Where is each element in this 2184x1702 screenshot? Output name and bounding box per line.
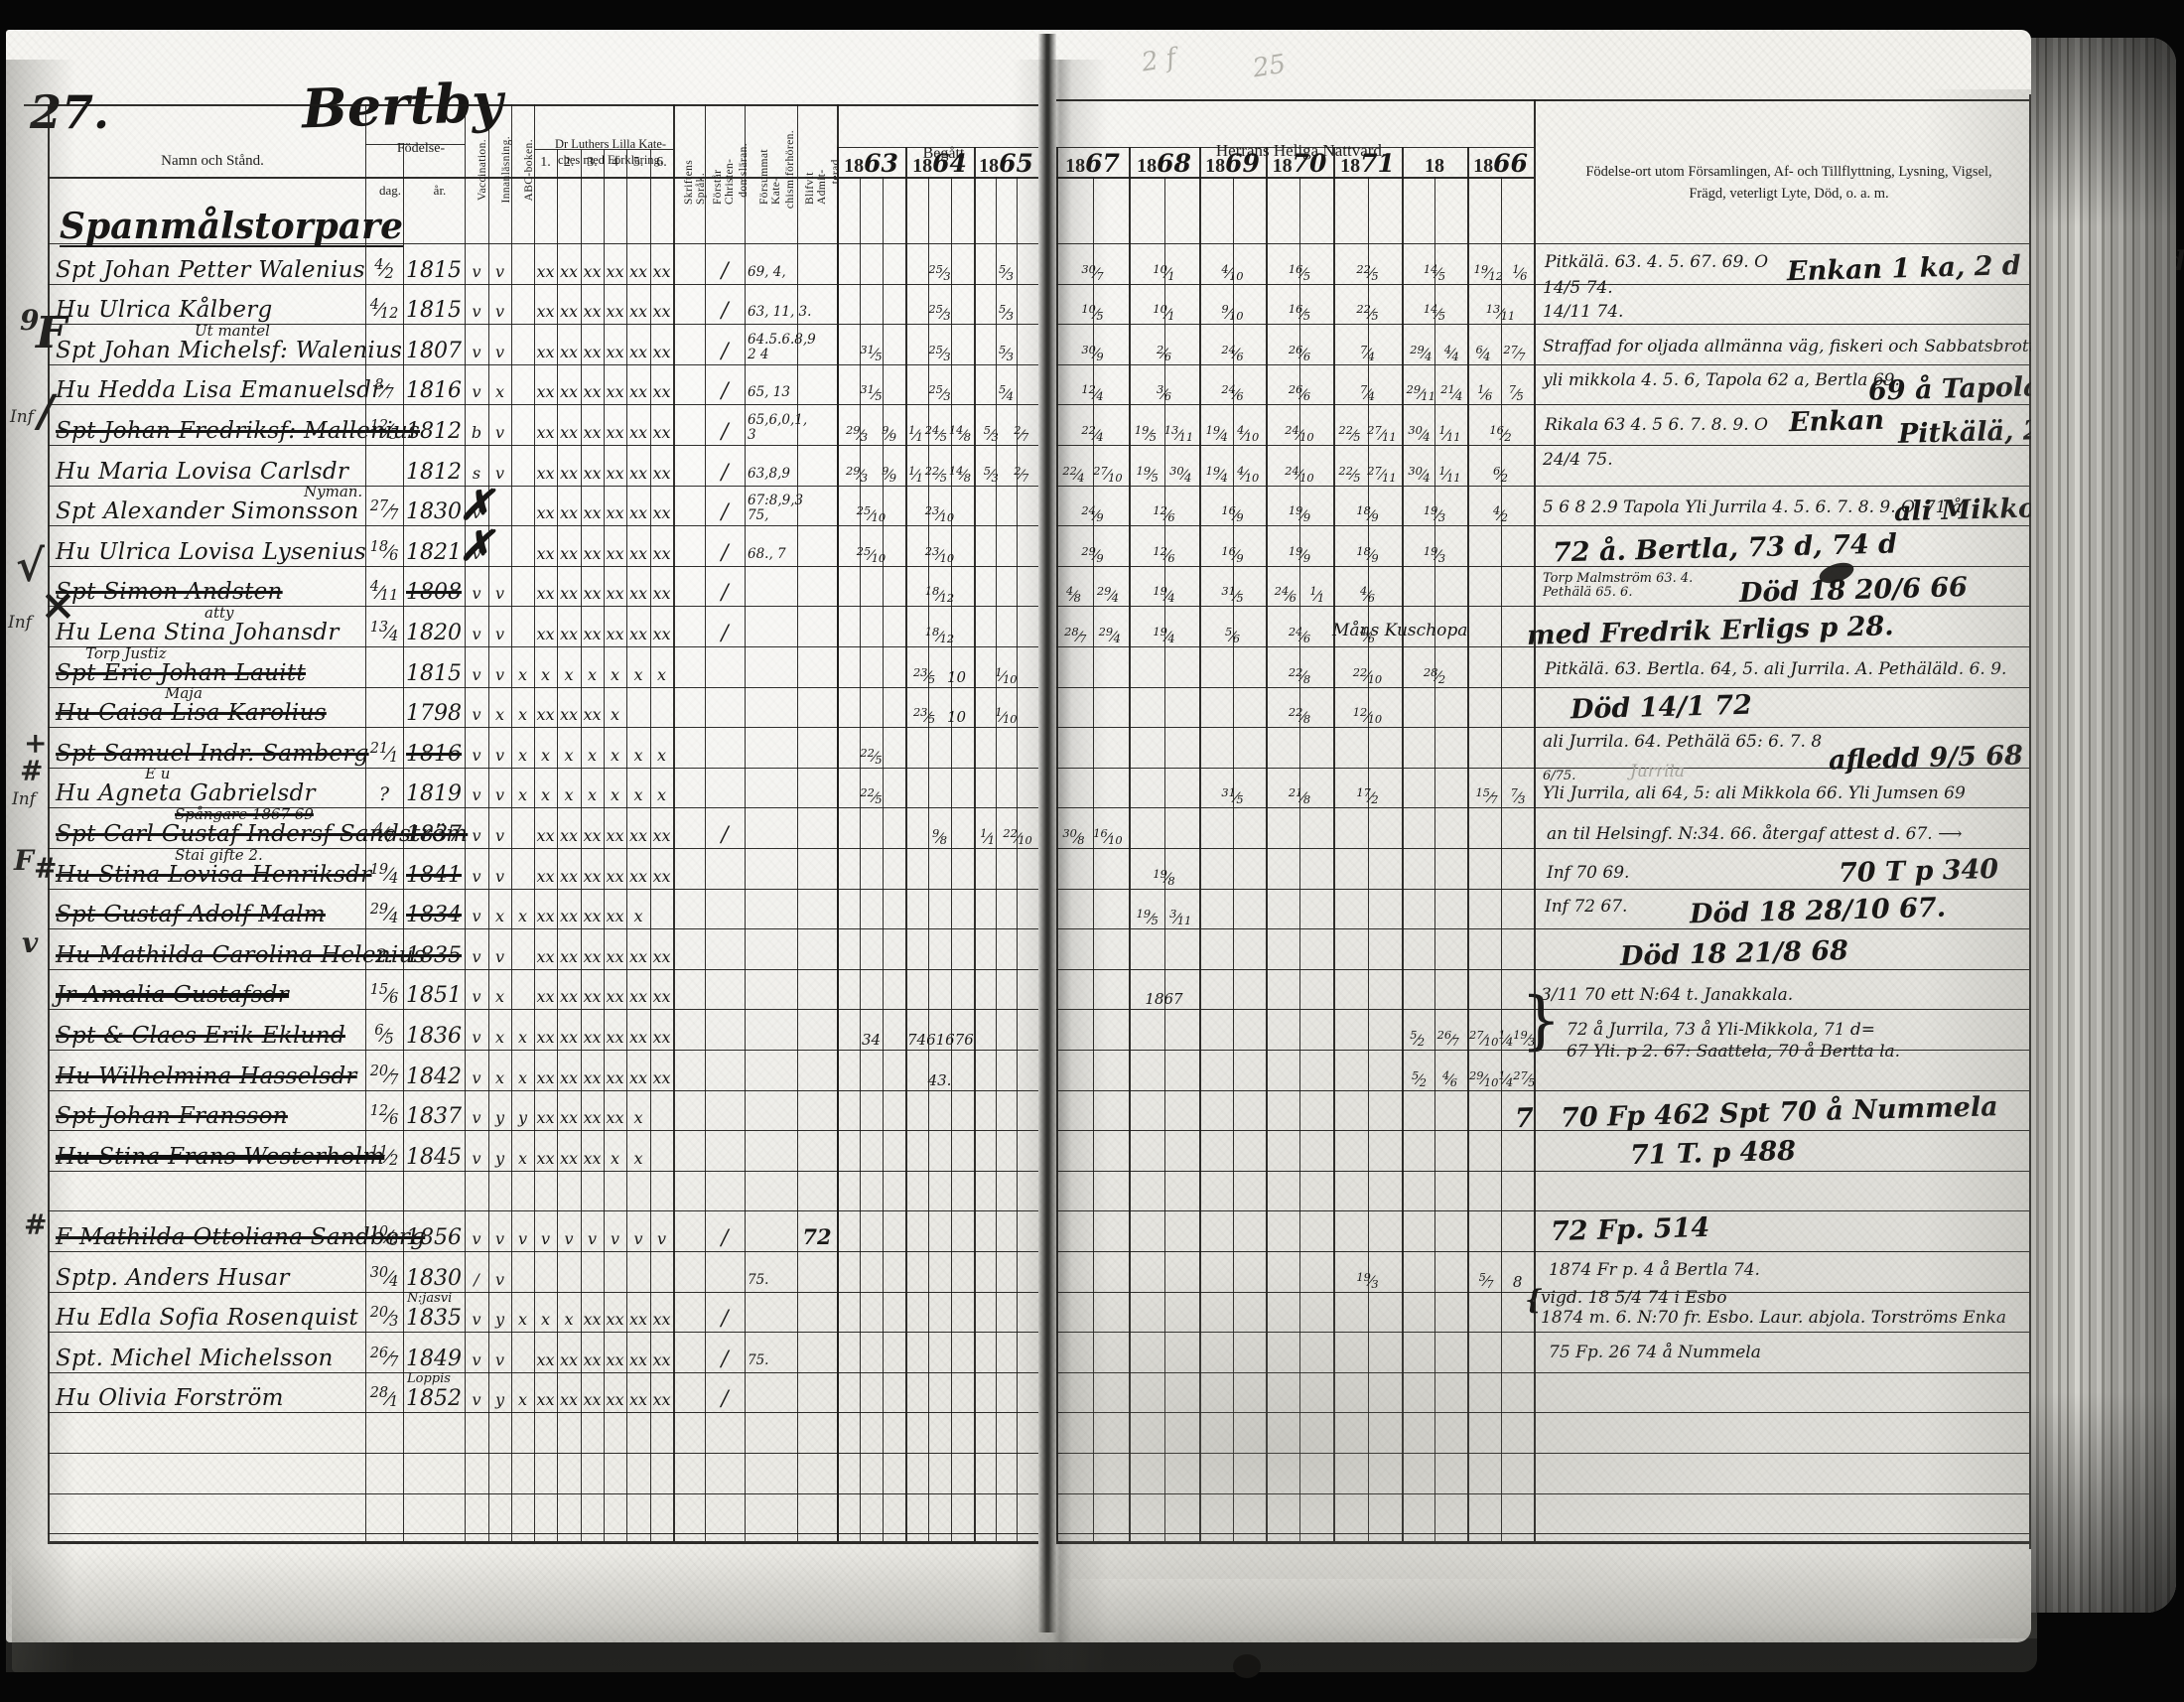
person-name: Hu Stina Lovisa Henriksdr	[56, 862, 371, 888]
communion-date: 22⁄4	[1081, 423, 1103, 444]
check-mark: b	[465, 423, 488, 442]
missed-exam-years: 67:8,9,3	[748, 493, 803, 508]
communion-cell-1870: 22⁄5	[1335, 302, 1400, 323]
communion-date: 19⁄12	[1474, 262, 1503, 283]
communion-date: 4⁄2	[1493, 503, 1508, 524]
communion-cell-1866: 22⁄4	[1058, 423, 1127, 444]
check-mark: xx	[604, 907, 626, 925]
marginal-note: 6/75.	[1543, 769, 1575, 783]
person-name: Spt Samuel Indr. Samberg	[56, 741, 369, 767]
check-mark: xx	[626, 1390, 650, 1409]
communion-cell-1869: 19⁄9	[1268, 503, 1331, 524]
birth-year: 1830	[403, 1266, 465, 1291]
check-mark: xx	[557, 625, 581, 643]
register-row: Hu Caisa Lisa KaroliusMaja1798vxxxxxxxxx…	[6, 687, 2035, 728]
check-mark: y	[511, 1108, 534, 1127]
year-printed: 18	[979, 155, 999, 177]
communion-date: 18⁄9	[1356, 544, 1378, 565]
communion-cell-1867: 19⁄4	[1131, 584, 1197, 605]
understands-mark: /	[705, 460, 745, 484]
communion-date: 22⁄10	[1003, 826, 1031, 847]
year-script: 66	[1493, 149, 1528, 178]
year-script: 69	[1225, 149, 1260, 178]
communion-cell-1870: 22⁄527⁄11	[1335, 423, 1400, 444]
bottom-edge-shadow	[12, 1547, 2037, 1672]
communion-cell-1863: 22⁄5	[839, 785, 903, 806]
communion-date: 12⁄10	[1353, 705, 1382, 726]
year-printed: 18	[1065, 155, 1085, 177]
check-mark: x	[488, 1028, 511, 1047]
person-name: Spt Johan Petter Walenius	[56, 257, 365, 283]
communion-cell-1869: 22⁄8	[1268, 705, 1331, 726]
communion-cell-1869: 24⁄10	[1268, 423, 1331, 444]
communion-date: 19⁄3	[1424, 503, 1445, 524]
check-mark: xx	[557, 1108, 581, 1127]
check-mark: xx	[650, 382, 673, 401]
check-mark: x	[604, 1149, 626, 1168]
understands-mark: /	[705, 258, 745, 282]
check-mark: xx	[604, 947, 626, 966]
communion-cell-1867: 19⁄513⁄11	[1131, 423, 1197, 444]
communion-cell-1864: 25⁄3	[907, 343, 972, 363]
check-mark: xx	[557, 826, 581, 845]
check-mark: v	[465, 1310, 488, 1329]
check-mark: x	[511, 705, 534, 724]
check-mark: xx	[557, 302, 581, 321]
communion-cell-1866: 22⁄427⁄10	[1058, 464, 1127, 485]
communion-cell-1864: 7461676	[907, 1031, 972, 1049]
communion-date: 1⁄4	[1498, 1068, 1513, 1089]
check-mark: xx	[534, 1350, 557, 1369]
grid-hline	[1056, 1533, 2029, 1534]
communion-date: 26⁄7	[1437, 1028, 1459, 1049]
check-mark: x	[511, 746, 534, 765]
communion-cell-1870: 7⁄4	[1335, 343, 1400, 363]
communion-date: 10⁄1	[1153, 302, 1174, 323]
check-mark: xx	[581, 987, 604, 1006]
check-mark: y	[488, 1149, 511, 1168]
check-mark: xx	[581, 343, 604, 361]
communion-date: 1⁄11	[1438, 423, 1460, 444]
marginal-note: Yli Jurrila, ali 64, 5: ali Mikkola 66. …	[1543, 783, 1966, 803]
year-printed: 18	[912, 155, 932, 177]
check-mark: v	[488, 423, 511, 442]
communion-cell-18: 5⁄78	[1469, 1270, 1532, 1291]
check-mark: v	[465, 262, 488, 281]
communion-date: 27⁄10	[1469, 1028, 1498, 1049]
check-mark: v	[488, 1350, 511, 1369]
check-mark: xx	[534, 464, 557, 483]
birth-day: 11⁄2	[365, 1144, 403, 1169]
communion-date: 16⁄5	[1289, 302, 1310, 323]
communion-cell-1864: 23⁄510	[907, 705, 972, 726]
communion-date: 1⁄6	[1512, 262, 1527, 283]
check-mark: v	[465, 1068, 488, 1087]
understands-mark: /	[705, 378, 745, 402]
marginal-note: Pitkälä. 63. 4. 5. 67. 69. O	[1545, 252, 1768, 272]
marginal-note: yli mikkola 4. 5. 6, Tapola 62 a, Bertla…	[1543, 370, 1900, 390]
margin-mark: #	[20, 755, 43, 787]
check-mark: xx	[604, 382, 626, 401]
communion-cell-1866: 30⁄816⁄10	[1058, 826, 1127, 847]
check-mark: xx	[557, 867, 581, 886]
birth-year: 1834	[403, 903, 465, 927]
check-mark: x	[650, 665, 673, 684]
communion-date: 5⁄4	[999, 382, 1014, 403]
communion-date: 7⁄5	[1509, 382, 1524, 403]
ink-blot	[1233, 1654, 1261, 1678]
check-mark: xx	[650, 262, 673, 281]
understands-mark: /	[705, 1347, 745, 1370]
check-mark: xx	[534, 423, 557, 442]
year-script: 67	[1085, 149, 1120, 178]
person-name: Hu Hedda Lisa Emanuelsdr	[56, 377, 382, 403]
check-mark: xx	[604, 544, 626, 563]
communion-cell-1863: 29⁄39⁄9	[839, 464, 903, 485]
check-mark: xx	[626, 343, 650, 361]
communion-date: 19⁄4	[1153, 584, 1174, 605]
communion-cell-1864: 18⁄12	[907, 625, 972, 645]
check-mark: xx	[557, 503, 581, 522]
check-mark: v	[465, 625, 488, 643]
communion-date: 9⁄8	[932, 826, 947, 847]
check-mark: x	[488, 382, 511, 401]
check-mark: xx	[534, 947, 557, 966]
communion-cell-1863: 25⁄10	[839, 544, 903, 565]
check-mark: v	[604, 1229, 626, 1248]
communion-date: 29⁄4	[1410, 343, 1432, 363]
communion-date: 5⁄7	[1479, 1270, 1494, 1291]
communion-cell-1868: 31⁄5	[1201, 785, 1264, 806]
communion-cell-1865: 5⁄3	[976, 343, 1036, 363]
check-mark: v	[650, 1229, 673, 1248]
check-mark: xx	[604, 867, 626, 886]
check-mark: v	[465, 584, 488, 603]
marginal-note: ali Jurrila. 64. Pethälä 65: 6. 7. 8	[1543, 732, 1822, 752]
communion-date: 22⁄5	[1356, 302, 1378, 323]
communion-date: 30⁄4	[1408, 423, 1430, 444]
name-annotation: Stai gifte 2.	[175, 846, 263, 864]
check-mark: v	[488, 826, 511, 845]
marginal-note: Död 18 28/10 67.	[1690, 893, 1947, 930]
check-mark: v	[465, 867, 488, 886]
check-mark: v	[465, 1108, 488, 1127]
register-row: Inf×Hu Lena Stina Johansdratty13⁄41820vv…	[6, 606, 2035, 646]
birth-year: 1845	[403, 1145, 465, 1170]
communion-date: 5⁄3	[984, 464, 999, 485]
communion-date: 19⁄4	[1206, 423, 1228, 444]
book-scan: 27. Bertby Namn och Stånd. Födelse- dag.…	[0, 0, 2184, 1702]
communion-cell-1866: 28⁄729⁄4	[1058, 625, 1127, 645]
name-annotation: Torp Justiz	[85, 644, 167, 662]
communion-cell-1866: 30⁄9	[1058, 343, 1127, 363]
check-mark: v	[465, 1350, 488, 1369]
communion-cell-1866: 12⁄4	[1058, 382, 1127, 403]
communion-cell-1868: 16⁄9	[1201, 503, 1264, 524]
communion-date: 1⁄10	[995, 665, 1017, 686]
check-mark: xx	[534, 907, 557, 925]
check-mark: v	[465, 785, 488, 804]
check-mark: xx	[557, 1390, 581, 1409]
page-edges-stack	[2031, 38, 2176, 1613]
communion-cell-1871: 30⁄41⁄11	[1404, 464, 1465, 485]
check-mark: xx	[534, 1108, 557, 1127]
birth-day: 29⁄4	[365, 902, 403, 926]
birth-day: 27⁄7	[365, 498, 403, 523]
communion-date: 18⁄9	[1356, 503, 1378, 524]
check-mark: xx	[626, 987, 650, 1006]
birth-day: 10⁄6	[365, 1224, 403, 1249]
birth-day: 4⁄11	[365, 579, 403, 604]
check-mark: x	[488, 705, 511, 724]
communion-cell-1867: 12⁄6	[1131, 544, 1197, 565]
admitted-year: 72	[797, 1224, 837, 1249]
communion-date: 1⁄1	[1309, 584, 1324, 605]
marginal-note: vigd. 18 5/4 74 i Esbo	[1541, 1288, 1727, 1308]
check-mark: xx	[534, 1149, 557, 1168]
marginal-note: 3/11 70 ett N:64 t. Janakkala.	[1541, 985, 1793, 1005]
communion-date: 21⁄8	[1289, 785, 1310, 806]
communion-date: 24⁄10	[1285, 464, 1313, 485]
check-mark: s	[465, 464, 488, 483]
check-mark: xx	[604, 625, 626, 643]
missed-exam-years: 65, 13	[748, 384, 790, 400]
check-mark: xx	[534, 503, 557, 522]
communion-date: 22⁄8	[1289, 705, 1310, 726]
check-mark: x	[534, 665, 557, 684]
catechism-number: 5.	[626, 155, 650, 171]
check-mark: v	[465, 665, 488, 684]
check-mark: v	[465, 1390, 488, 1409]
register-row: Inf/Spt Johan Fredriksf: Mallenius12⁄518…	[6, 404, 2035, 445]
year-label: 1870	[1266, 149, 1333, 178]
communion-cell-1868: 31⁄5	[1201, 584, 1264, 605]
communion-date: 31⁄5	[860, 382, 882, 403]
communion-date: 17⁄2	[1356, 785, 1378, 806]
check-mark: xx	[604, 302, 626, 321]
check-mark: xx	[626, 1028, 650, 1047]
check-mark: xx	[604, 1350, 626, 1369]
communion-cell-1870: 4⁄6	[1335, 584, 1400, 605]
communion-cell-1867: 12⁄6	[1131, 503, 1197, 524]
check-mark: x	[557, 1310, 581, 1329]
year-printed: 18	[1273, 155, 1293, 177]
communion-cell-18: 1⁄67⁄5	[1469, 382, 1532, 403]
check-mark: xx	[626, 423, 650, 442]
marginal-note: 24/4 75.	[1543, 450, 1613, 470]
marginal-note: Död 14/1 72	[1570, 690, 1753, 726]
check-mark: xx	[557, 987, 581, 1006]
communion-date: 29⁄4	[1099, 625, 1121, 645]
check-mark: x	[604, 746, 626, 765]
communion-cell-1868: 9⁄10	[1201, 302, 1264, 323]
check-mark: xx	[650, 826, 673, 845]
register-row: Sptp. Anders Husar30⁄41830/v75.5⁄7819⁄31…	[6, 1251, 2035, 1292]
communion-cell-1865: 1⁄10	[976, 705, 1036, 726]
communion-cell-1864: 9⁄8	[907, 826, 972, 847]
check-mark: v	[534, 1229, 557, 1248]
catechism-number: 2.	[557, 155, 581, 171]
communion-date: 14⁄8	[949, 464, 971, 485]
check-mark: xx	[626, 382, 650, 401]
check-mark: xx	[534, 705, 557, 724]
communion-date: 19⁄9	[1289, 544, 1310, 565]
communion-date: 22⁄4	[1062, 464, 1084, 485]
birth-day: 20⁄3	[365, 1305, 403, 1330]
check-mark: xx	[557, 1350, 581, 1369]
marginal-note: 70 Fp 462 Spt 70 å Nummela	[1561, 1091, 1998, 1134]
communion-date: 4⁄10	[1237, 464, 1259, 485]
year-label: 1865	[974, 149, 1038, 178]
communion-date: 4⁄10	[1221, 262, 1243, 283]
communion-cell-1867: 2⁄6	[1131, 343, 1197, 363]
marginal-note: 72 å Jurrila, 73 å Yli-Mikkola, 71 d=	[1567, 1020, 1875, 1040]
communion-date: 24⁄10	[1285, 423, 1313, 444]
communion-date: 22⁄5	[860, 785, 882, 806]
check-mark: v	[488, 947, 511, 966]
check-mark: xx	[534, 867, 557, 886]
check-mark: xx	[581, 464, 604, 483]
communion-cell-18: 29⁄101⁄427⁄5	[1469, 1068, 1532, 1089]
margin-mark: Inf	[10, 407, 34, 427]
catechism-number: 1.	[534, 155, 557, 171]
check-mark: v	[488, 302, 511, 321]
check-mark: xx	[650, 343, 673, 361]
check-mark: x	[488, 1068, 511, 1087]
communion-cell-1867: 19⁄530⁄4	[1131, 464, 1197, 485]
communion-cell-1865: 5⁄32⁄7	[976, 423, 1036, 444]
communion-date: 21⁄4	[1440, 382, 1462, 403]
marginal-note: 1874 m. 6. N:70 fr. Esbo. Laur. abjola. …	[1541, 1308, 2006, 1328]
communion-date: 31⁄5	[1221, 785, 1243, 806]
check-mark: xx	[581, 1108, 604, 1127]
missed-exam-years: 63,8,9	[748, 466, 790, 482]
communion-cell-1871: 29⁄44⁄4	[1404, 343, 1465, 363]
communion-cell-1864: 18⁄12	[907, 584, 972, 605]
person-name: Spt Eric Johan Lauitt	[56, 660, 306, 686]
communion-date: 19⁄8	[1153, 867, 1174, 888]
birth-year: 1835	[403, 1306, 465, 1331]
check-mark: v	[465, 343, 488, 361]
communion-cell-1869: 21⁄8	[1268, 785, 1331, 806]
birth-year: 1812	[403, 460, 465, 485]
communion-cell-1867: 3⁄6	[1131, 382, 1197, 403]
margin-mark: F	[14, 844, 34, 877]
understands-mark: /	[705, 339, 745, 362]
birth-year: 1837	[403, 1104, 465, 1129]
communion-cell-1870: 22⁄527⁄11	[1335, 464, 1400, 485]
communion-cell-1870: 22⁄5	[1335, 262, 1400, 283]
year-printed: 18	[1473, 155, 1493, 177]
check-mark: v	[511, 1229, 534, 1248]
check-mark: x	[626, 907, 650, 925]
person-name: Spt Gustaf Adolf Malm	[56, 902, 326, 927]
check-mark: v	[488, 867, 511, 886]
person-name: Sptp. Anders Husar	[56, 1265, 290, 1291]
register-row: Spt Gustaf Adolf Malm29⁄41834vxxxxxxxxxx…	[6, 889, 2035, 929]
communion-cell-1868: 19⁄44⁄10	[1201, 423, 1264, 444]
communion-cell-1868: 4⁄10	[1201, 262, 1264, 283]
communion-date: 4⁄6	[1360, 584, 1375, 605]
check-mark: xx	[581, 705, 604, 724]
check-mark: v	[465, 382, 488, 401]
check-mark: v	[465, 1028, 488, 1047]
check-mark: xx	[534, 382, 557, 401]
register-row: Spt Eric Johan LauittTorp Justiz1815vvxx…	[6, 646, 2035, 687]
communion-date: 24⁄9	[1081, 503, 1103, 524]
check-mark: xx	[581, 1068, 604, 1087]
name-annotation: E u	[145, 765, 170, 782]
marginal-note: }	[1521, 984, 1562, 1058]
name-annotation: Ut mantel	[195, 322, 270, 340]
communion-date: 22⁄10	[1353, 665, 1382, 686]
communion-date: 27⁄11	[1367, 423, 1396, 444]
check-mark: v	[465, 705, 488, 724]
check-mark: xx	[650, 1068, 673, 1087]
communion-cell-1864: 25⁄3	[907, 262, 972, 283]
communion-cell-1863: 31⁄5	[839, 382, 903, 403]
marginal-note: 75 Fp. 26 74 å Nummela	[1549, 1343, 1761, 1362]
person-name: Jr Amalia Gustafsdr	[56, 982, 289, 1008]
communion-date: 27⁄7	[1503, 343, 1525, 363]
grid-hline	[24, 104, 1038, 106]
person-name: Hu Lena Stina Johansdr	[56, 620, 340, 645]
communion-date: 1⁄1	[908, 423, 923, 444]
check-mark: y	[488, 1310, 511, 1329]
communion-cell-1865: 5⁄3	[976, 262, 1036, 283]
register-row: F#Hu Stina Lovisa HenriksdrStai gifte 2.…	[6, 848, 2035, 889]
missed-exam-years: 68., 7	[748, 546, 786, 562]
register-row: #InfHu Agneta GabrielsdrE u?1819vvxxxxxx…	[6, 768, 2035, 808]
communion-cell-1868: 19⁄44⁄10	[1201, 464, 1264, 485]
check-mark: xx	[604, 584, 626, 603]
check-mark: x	[581, 746, 604, 765]
year-script: 71	[1360, 149, 1395, 178]
marginal-note: Enkan	[1789, 405, 1885, 439]
missed-exam-years: 65,6,0,1,	[748, 412, 807, 428]
communion-date: 1676	[936, 1031, 974, 1049]
check-mark: xx	[557, 1068, 581, 1087]
marginal-note: Pitkälä. 63. Bertla. 64, 5. ali Jurrila.…	[1545, 659, 2006, 679]
communion-date: 29⁄4	[1097, 584, 1119, 605]
communion-cell-1870: 12⁄10	[1335, 705, 1400, 726]
check-mark: x	[511, 1390, 534, 1409]
check-mark: xx	[626, 302, 650, 321]
name-annotation: Nyman.	[304, 483, 362, 500]
communion-date: 19⁄3	[1356, 1270, 1378, 1291]
check-mark: xx	[626, 584, 650, 603]
person-name: Hu Olivia Forström	[56, 1385, 284, 1411]
communion-date: 9⁄9	[882, 464, 896, 485]
register-row: Hu Edla Sofia RosenquistN:jasvi20⁄31835v…	[6, 1292, 2035, 1333]
year-label: 1868	[1129, 149, 1199, 178]
communion-cell-1871: 14⁄5	[1404, 302, 1465, 323]
birth-day: 4⁄7	[365, 821, 403, 846]
marginal-note: Torp Malmström 63. 4.	[1543, 571, 1693, 586]
communion-date: 16⁄9	[1221, 503, 1243, 524]
check-mark: x	[650, 746, 673, 765]
check-mark: x	[511, 1310, 534, 1329]
check-mark: x	[511, 665, 534, 684]
birth-day: 8⁄7	[365, 377, 403, 402]
communion-date: 16⁄2	[1489, 423, 1511, 444]
communion-date: 28⁄7	[1064, 625, 1086, 645]
birth-day: 26⁄7	[365, 1346, 403, 1370]
birth-year: 1816	[403, 742, 465, 767]
communion-date: 22⁄5	[860, 746, 882, 767]
check-mark: xx	[557, 544, 581, 563]
communion-date: 22⁄5	[1356, 262, 1378, 283]
